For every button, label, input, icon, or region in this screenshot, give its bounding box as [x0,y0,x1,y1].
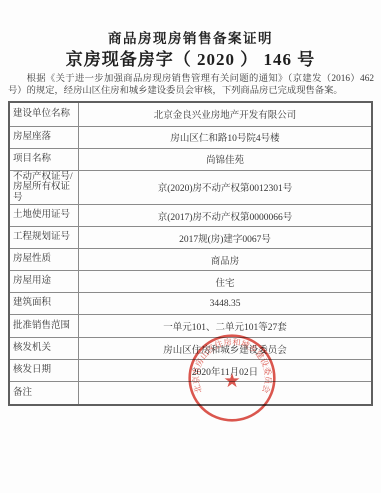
row-value: 3448.35 [79,293,373,315]
filing-table: 建设单位名称 北京金良兴业房地产开发有限公司 房屋座落 房山区仁和路10号院4号… [8,101,373,406]
intro-paragraph: 根据《关于进一步加强商品房现房销售管理有关问题的通知》（京建发（2016）462… [8,74,374,97]
table-row: 房屋用途 住宅 [9,271,372,293]
row-value: 一单元101、二单元101等27套 [79,315,373,338]
row-value: 尚锦佳苑 [79,148,373,170]
table-row: 建筑面积 3448.35 [9,293,372,315]
row-label: 核发日期 [9,360,79,382]
table-row: 核发机关 房山区住房和城乡建设委员会 [9,338,372,360]
table-row: 核发日期 2020年11月02日 [9,360,372,382]
table-row: 工程规划证号 2017规(房)建字0067号 [9,227,372,249]
row-label: 备注 [9,382,79,405]
row-value: 商品房 [79,249,373,271]
row-label: 房屋性质 [9,249,79,271]
row-label: 房屋用途 [9,271,79,293]
row-value: 2020年11月02日 [79,360,373,382]
row-label: 土地使用证号 [9,205,79,227]
table-row: 土地使用证号 京(2017)房不动产权第0000066号 [9,205,372,227]
row-label: 项目名称 [9,148,79,170]
row-value [79,382,373,405]
row-label: 核发机关 [9,338,79,360]
row-value: 房山区住房和城乡建设委员会 [79,338,373,360]
row-label: 批准销售范围 [9,315,79,338]
document-number: 京房现备房字（ 2020 ） 146 号 [0,45,381,70]
row-value: 房山区仁和路10号院4号楼 [79,126,373,148]
row-value: 住宅 [79,271,373,293]
table-row: 项目名称 尚锦佳苑 [9,148,372,170]
row-value: 2017规(房)建字0067号 [79,227,373,249]
document-page: 商品房现房销售备案证明 京房现备房字（ 2020 ） 146 号 根据《关于进一… [0,0,381,493]
row-value: 京(2020)房不动产权第0012301号 [79,170,373,205]
table-row: 房屋性质 商品房 [9,249,372,271]
table-row: 不动产权证号/ 房屋所有权证号 京(2020)房不动产权第0012301号 [9,170,372,205]
table-row: 房屋座落 房山区仁和路10号院4号楼 [9,126,372,148]
table-row: 备注 [9,382,372,405]
row-value: 北京金良兴业房地产开发有限公司 [79,102,373,126]
document-title: 商品房现房销售备案证明 [0,27,381,47]
table-row: 批准销售范围 一单元101、二单元101等27套 [9,315,372,338]
row-label: 房屋座落 [9,126,79,148]
row-label: 建筑面积 [9,293,79,315]
row-label: 工程规划证号 [9,227,79,249]
row-label: 建设单位名称 [9,102,79,126]
row-label: 不动产权证号/ 房屋所有权证号 [9,170,79,205]
table-row: 建设单位名称 北京金良兴业房地产开发有限公司 [9,102,372,126]
row-value: 京(2017)房不动产权第0000066号 [79,205,373,227]
